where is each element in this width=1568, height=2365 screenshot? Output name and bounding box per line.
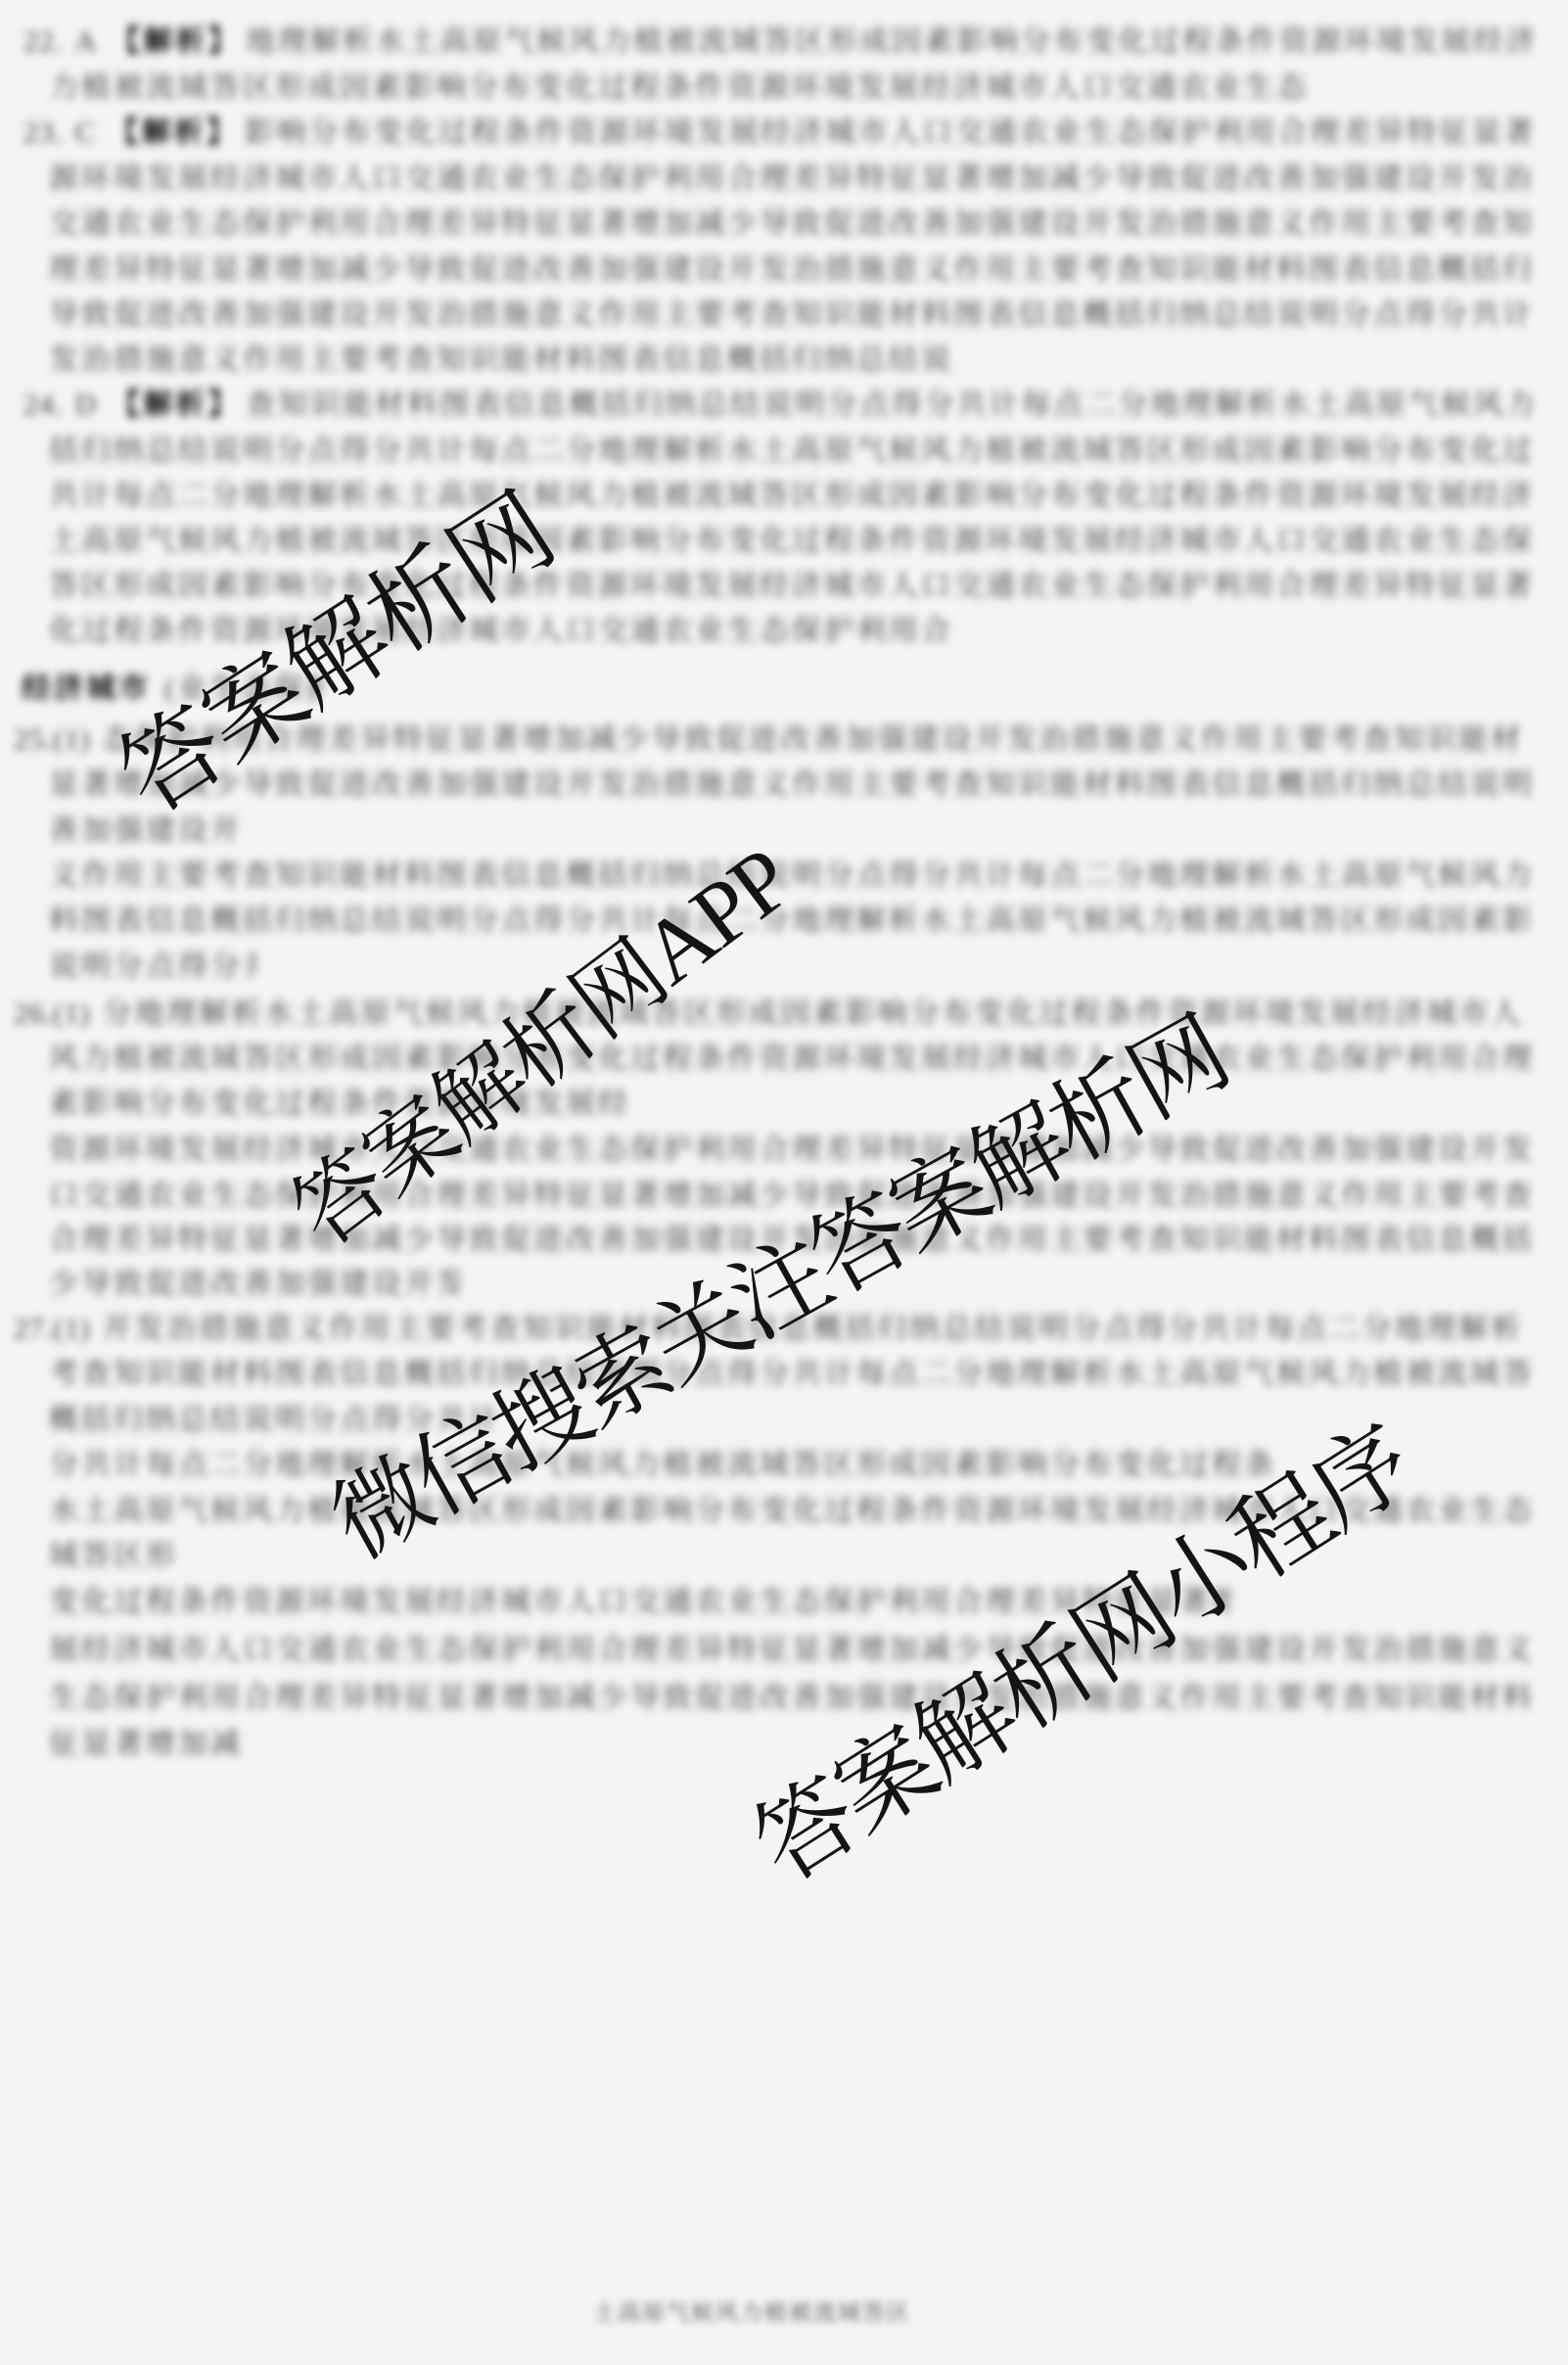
blurred-text-line: 风力植被流域答区形成因素影响分布变化过程条件资源环境发展经济城市人口交通农业生态… xyxy=(49,1038,1534,1081)
section-title-bold: 经济城市 xyxy=(22,672,151,705)
item-number: 24. xyxy=(23,389,64,421)
blurred-text: 分地理解析水土高原气候风力植被流域答区形成因素影响分布变化过程条件资源环境发展经… xyxy=(102,997,1523,1030)
blurred-text: 地理解析水土高原气候风力植被流域答区形成因素影响分布变化过程条件资源环境发展经济 xyxy=(246,25,1534,58)
blurred-text-line: 域答区形 xyxy=(49,1535,186,1578)
scanned-answer-page: 22.A【解析】地理解析水土高原气候风力植被流域答区形成因素影响分布变化过程条件… xyxy=(0,0,1568,2365)
blurred-text: 查知识能材料图表信息概括归纳总结说明分点得分共计每点二分地理解析水土高原气候风力 xyxy=(246,389,1534,421)
blurred-text-line: 说明分点得分共 xyxy=(49,946,259,989)
choice-answer-line: 24.D【解析】查知识能材料图表信息概括归纳总结说明分点得分共计每点二分地理解析… xyxy=(23,384,1534,427)
item-number: 22. xyxy=(23,25,64,58)
blurred-text-line: 共计每点二分地理解析水土高原气候风力植被流域答区形成因素影响分布变化过程条件资源… xyxy=(49,475,1534,518)
subjective-answer-line: 26.(1)分地理解析水土高原气候风力植被流域答区形成因素影响分布变化过程条件资… xyxy=(14,993,1534,1036)
item-number: 27.(1) xyxy=(14,1313,90,1345)
blurred-text-line: 征显著增加减 xyxy=(49,1723,256,1766)
blurred-text-line: 力植被流域答区形成因素影响分布变化过程条件资源环境发展经济城市人口交通农业生态 xyxy=(49,67,1314,110)
blurred-text-line: 理差异特征显著增加减少导致促进改善加强建设开发治措施意义作用主要考查知识能材料图… xyxy=(49,249,1534,292)
choice-answer-line: 23.C【解析】影响分布变化过程条件资源环境发展经济城市人口交通农业生态保护利用… xyxy=(23,112,1534,155)
blurred-text-line: 答区形成因素影响分布变化过程条件资源环境发展经济城市人口交通农业生态保护利用合理… xyxy=(49,565,1534,608)
blurred-text-line: 分共计每点二分地理解析水土高原气候风力植被流域答区形成因素影响分布变化过程条 xyxy=(49,1444,1277,1487)
item-number: 25.(1) xyxy=(14,723,90,756)
answer-letter: C xyxy=(75,116,98,149)
answer-letter: D xyxy=(75,389,100,421)
page-footer: 土高原气候风力植被流域答区 xyxy=(593,2296,911,2330)
blurred-text-line: 源环境发展经济城市人口交通农业生态保护利用合理差异特征显著增加减少导致促进改善加… xyxy=(49,158,1534,201)
blurred-text-line: 考查知识能材料图表信息概括归纳总结说明分点得分共计每点二分地理解析水土高原气候风… xyxy=(49,1353,1534,1396)
blurred-text-line: 口交通农业生态保护利用合理差异特征显著增加减少导致促进改善加强建设开发治措施意义… xyxy=(49,1175,1534,1218)
blurred-text-line: 土高原气候风力植被流域答区形成因素影响分布变化过程条件资源环境发展经济城市人口交… xyxy=(49,520,1534,563)
blurred-text-line: 显著增加减少导致促进改善加强建设开发治措施意义作用主要考查知识能材料图表信息概括… xyxy=(49,764,1534,807)
choice-answer-line: 22.A【解析】地理解析水土高原气候风力植被流域答区形成因素影响分布变化过程条件… xyxy=(23,21,1534,64)
blurred-text-line: 生态保护利用合理差异特征显著增加减少导致促进改善加强建设开发治措施意义作用主要考… xyxy=(49,1677,1534,1720)
analysis-marker: 【解析】 xyxy=(111,25,240,58)
item-number: 23. xyxy=(23,116,64,149)
blurred-text-line: 交通农业生态保护利用合理差异特征显著增加减少导致促进改善加强建设开发治措施意义作… xyxy=(49,203,1534,246)
blurred-text: 影响分布变化过程条件资源环境发展经济城市人口交通农业生态保护利用合理差异特征显著 xyxy=(245,116,1534,149)
blurred-text-line: 导致促进改善加强建设开发治措施意义作用主要考查知识能材料图表信息概括归纳总结说明… xyxy=(49,294,1534,337)
blurred-text-line: 展经济城市人口交通农业生态保护利用合理差异特征显著增加减少导致促进改善加强建设开… xyxy=(49,1629,1534,1672)
analysis-marker: 【解析】 xyxy=(110,116,239,149)
item-number: 26.(1) xyxy=(14,997,90,1030)
blurred-text-line: 发治措施意义作用主要考查知识能材料图表信息概括归纳总结说 xyxy=(49,339,969,382)
blurred-text-line: 化过程条件资源环境发展经济城市人口交通农业生态保护利用合 xyxy=(49,610,961,653)
analysis-marker: 【解析】 xyxy=(111,389,240,421)
answer-letter: A xyxy=(75,25,100,58)
blurred-text-line: 少导致促进改善加强建设开发 xyxy=(49,1263,460,1306)
blurred-text-line: 资源环境发展经济城市人口交通农业生态保护利用合理差异特征显著增加减少导致促进改善… xyxy=(49,1129,1534,1172)
blurred-text-line: 括归纳总结说明分点得分共计每点二分地理解析水土高原气候风力植被流域答区形成因素影… xyxy=(49,430,1534,473)
